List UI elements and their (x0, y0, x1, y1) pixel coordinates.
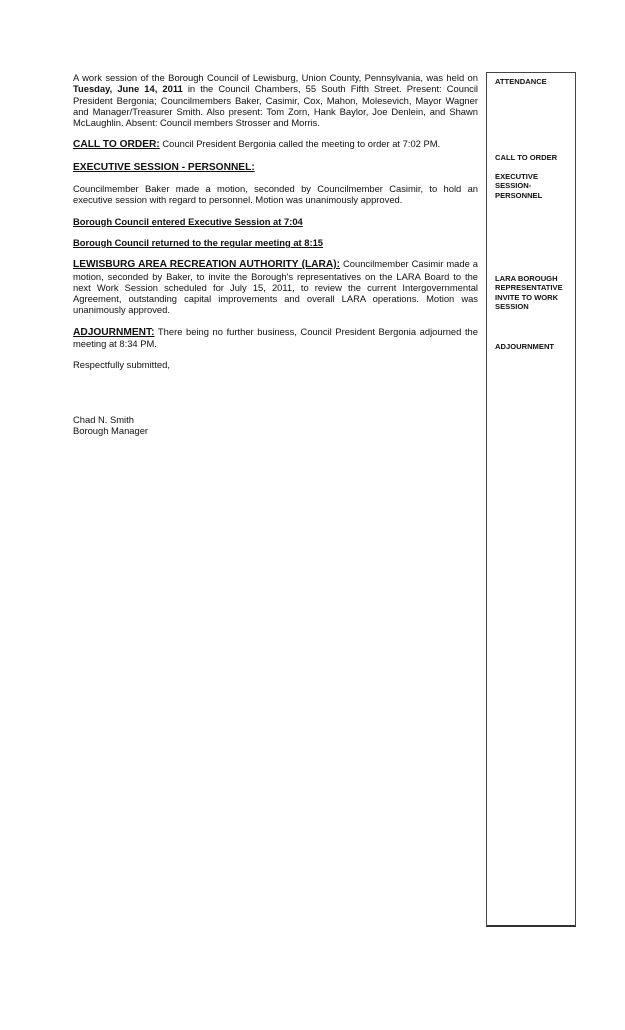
returned-session-text: Borough Council returned to the regular … (73, 237, 323, 248)
entered-session-text: Borough Council entered Executive Sessio… (73, 216, 303, 227)
call-to-order-heading: CALL TO ORDER: (73, 139, 160, 150)
lara-paragraph: LEWISBURG AREA RECREATION AUTHORITY (LAR… (73, 258, 478, 315)
executive-session-paragraph: Councilmember Baker made a motion, secon… (73, 183, 478, 206)
call-to-order-text: Council President Bergonia called the me… (160, 138, 440, 149)
signature-title: Borough Manager (73, 425, 478, 436)
lara-heading: LEWISBURG AREA RECREATION AUTHORITY (LAR… (73, 259, 340, 270)
sidebar-lara: LARA BOROUGH REPRESENTATIVE INVITE TO WO… (495, 274, 573, 312)
sidebar-call-to-order: CALL TO ORDER (495, 153, 573, 162)
call-to-order-paragraph: CALL TO ORDER: Council President Bergoni… (73, 138, 478, 150)
closing-text: Respectfully submitted, (73, 359, 170, 370)
executive-session-text: Councilmember Baker made a motion, secon… (73, 183, 478, 205)
sidebar-adjournment: ADJOURNMENT (495, 342, 573, 351)
attendance-intro: A work session of the Borough Council of… (73, 72, 478, 83)
sidebar-executive-session: EXECUTIVE SESSION- PERSONNEL (495, 172, 573, 200)
meeting-date: Tuesday, June 14, 2011 (73, 83, 183, 94)
sidebar-attendance: ATTENDANCE (495, 77, 573, 86)
signature-name: Chad N. Smith (73, 414, 478, 425)
executive-session-heading: EXECUTIVE SESSION - PERSONNEL: (73, 162, 255, 173)
entered-session-paragraph: Borough Council entered Executive Sessio… (73, 216, 478, 227)
returned-session-paragraph: Borough Council returned to the regular … (73, 237, 478, 248)
document-page: A work session of the Borough Council of… (0, 0, 625, 1030)
signature-block: Chad N. Smith Borough Manager (73, 414, 478, 437)
signature-space (73, 381, 478, 414)
adjournment-paragraph: ADJOURNMENT: There being no further busi… (73, 326, 478, 350)
executive-session-heading-paragraph: EXECUTIVE SESSION - PERSONNEL: (73, 161, 478, 173)
minutes-body: A work session of the Borough Council of… (73, 72, 478, 436)
topic-sidebar: ATTENDANCE CALL TO ORDER EXECUTIVE SESSI… (486, 72, 576, 927)
adjournment-heading: ADJOURNMENT: (73, 327, 155, 338)
closing-paragraph: Respectfully submitted, (73, 359, 478, 370)
attendance-paragraph: A work session of the Borough Council of… (73, 72, 478, 128)
